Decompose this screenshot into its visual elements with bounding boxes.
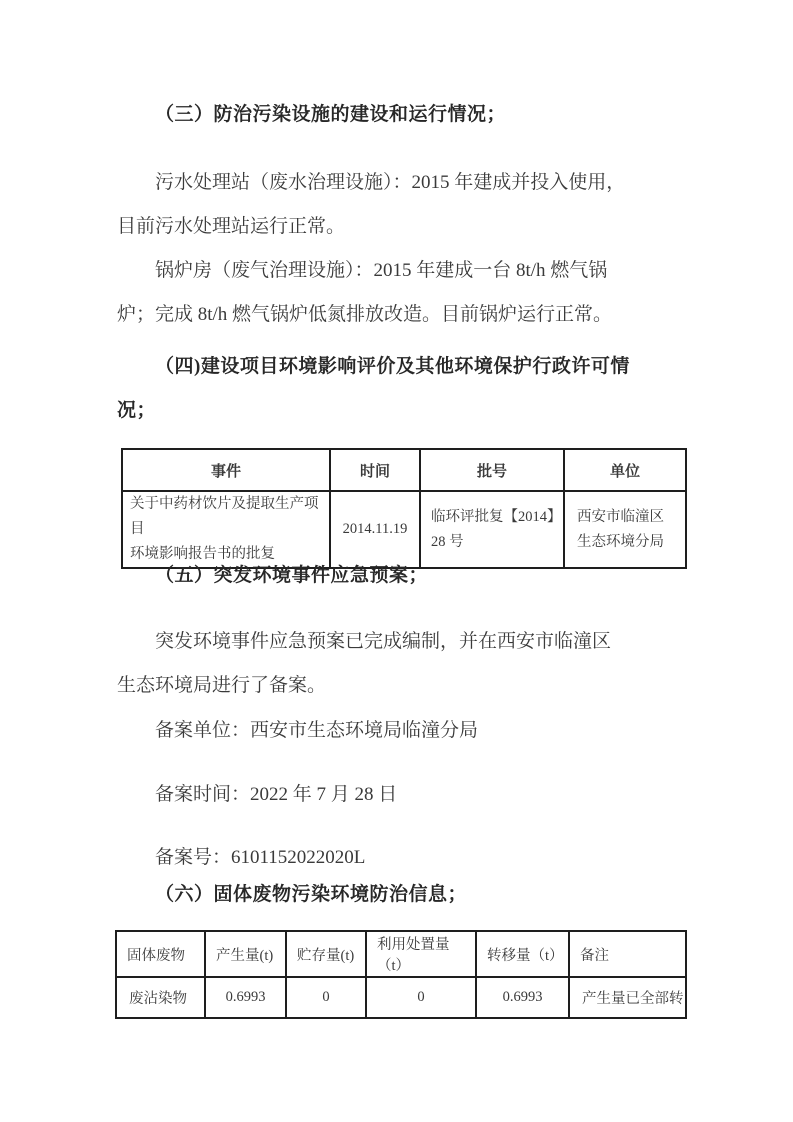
paragraph-emergency-plan-filed: 突发环境事件应急预案已完成编制，并在西安市临潼区 生态环境局进行了备案。 — [117, 620, 685, 708]
solid-waste-table: 固体废物 产生量(t) 贮存量(t) 利用处置量（t） 转移量（t） 备注 废沾… — [115, 930, 687, 1019]
paragraph-wastewater-station: 污水处理站（废水治理设施）：2015 年建成并投入使用， 目前污水处理站运行正常… — [117, 161, 685, 249]
filing-date-line: 备案时间：2022 年 7 月 28 日 — [117, 773, 685, 817]
sw-header-generated: 产生量(t) — [205, 931, 286, 977]
eia-header-time: 时间 — [330, 449, 420, 491]
sw-cell-stored: 0 — [286, 977, 366, 1018]
paragraph-boiler-room: 锅炉房（废气治理设施）：2015 年建成一台 8t/h 燃气锅 炉；完成 8t/… — [117, 249, 685, 337]
eia-table-header-row: 事件 时间 批号 单位 — [122, 449, 686, 491]
eia-header-unit: 单位 — [564, 449, 686, 491]
sw-cell-transferred: 0.6993 — [476, 977, 569, 1018]
sw-cell-waste-type: 废沾染物 — [116, 977, 205, 1018]
filing-unit-line: 备案单位：西安市生态环境局临潼分局 — [117, 709, 685, 753]
sw-header-stored: 贮存量(t) — [286, 931, 366, 977]
eia-table: 事件 时间 批号 单位 关于中药材饮片及提取生产项目 环境影响报告书的批复 20… — [121, 448, 687, 569]
sw-header-utilized-disposed: 利用处置量（t） — [366, 931, 476, 977]
eia-header-approval-no: 批号 — [420, 449, 564, 491]
solid-waste-row: 废沾染物 0.6993 0 0 0.6993 产生量已全部转 — [116, 977, 686, 1018]
document-page: （三）防治污染设施的建设和运行情况； 污水处理站（废水治理设施）：2015 年建… — [0, 0, 793, 1122]
section-heading-pollution-control-facilities: （三）防治污染设施的建设和运行情况； — [117, 93, 685, 137]
sw-header-transferred: 转移量（t） — [476, 931, 569, 977]
section-heading-eia-permits: （四)建设项目环境影响评价及其他环境保护行政许可情 况； — [117, 345, 685, 433]
section-heading-emergency-plan: （五）突发环境事件应急预案； — [117, 554, 685, 598]
solid-waste-header-row: 固体废物 产生量(t) 贮存量(t) 利用处置量（t） 转移量（t） 备注 — [116, 931, 686, 977]
sw-header-waste-type: 固体废物 — [116, 931, 205, 977]
sw-cell-utilized-disposed: 0 — [366, 977, 476, 1018]
sw-cell-generated: 0.6993 — [205, 977, 286, 1018]
eia-header-event: 事件 — [122, 449, 330, 491]
sw-header-remarks: 备注 — [569, 931, 686, 977]
section-heading-solid-waste: （六）固体废物污染环境防治信息； — [117, 873, 685, 917]
sw-cell-remarks: 产生量已全部转 — [569, 977, 686, 1018]
